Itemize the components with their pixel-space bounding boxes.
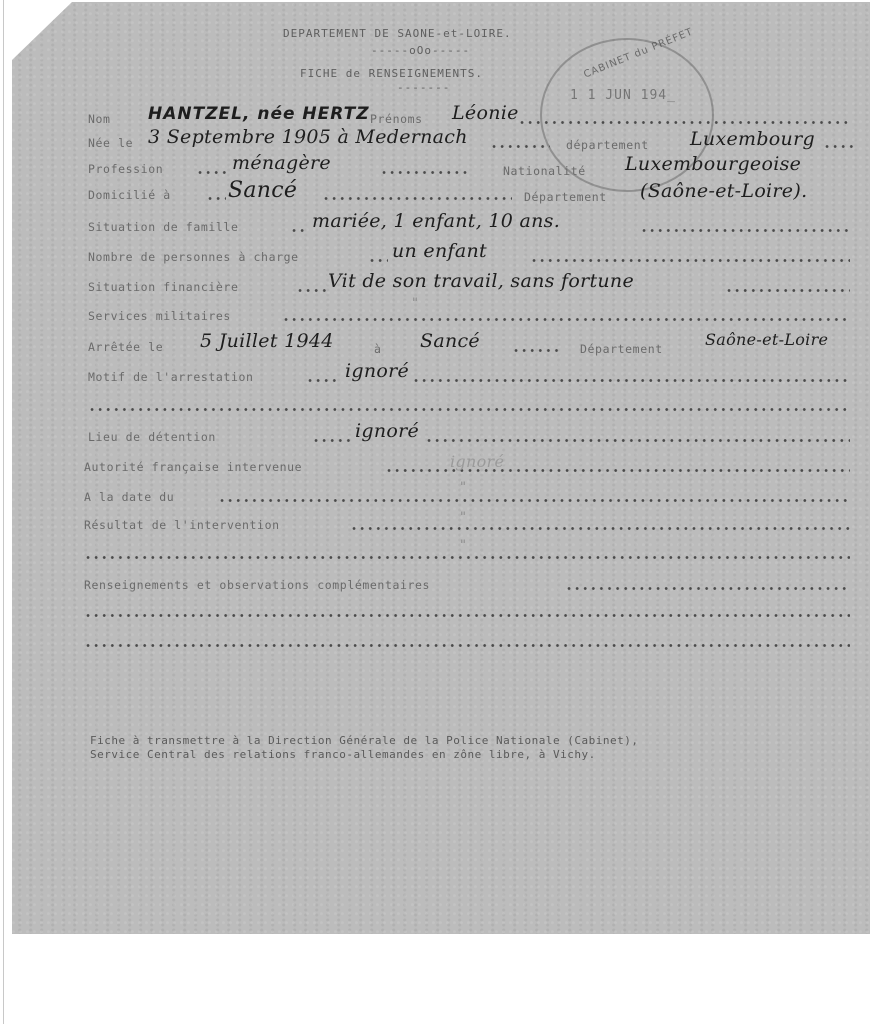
dotted-line bbox=[312, 439, 352, 442]
label-domicile: Domicilié à bbox=[88, 188, 171, 202]
label-motif: Motif de l'arrestation bbox=[88, 370, 254, 384]
label-nee: Née le bbox=[88, 136, 133, 150]
dotted-line bbox=[368, 259, 388, 262]
label-departement-naissance: département bbox=[566, 138, 649, 152]
value-nom: HANTZEL, née HERTZ bbox=[148, 104, 370, 124]
label-situation-famille: Situation de famille bbox=[88, 220, 238, 234]
value-departement-domicile: (Saône-et-Loire). bbox=[640, 180, 807, 202]
label-personnes-charge: Nombre de personnes à charge bbox=[88, 250, 299, 264]
dotted-line bbox=[290, 229, 308, 232]
value-nee: 3 Septembre 1905 à Medernach bbox=[148, 126, 468, 148]
label-renseignements: Renseignements et observations complémen… bbox=[84, 578, 430, 592]
dotted-line bbox=[425, 439, 850, 442]
label-nationalite: Nationalité bbox=[503, 164, 586, 178]
dotted-line bbox=[218, 499, 850, 502]
label-services-militaires: Services militaires bbox=[88, 309, 231, 323]
label-departement-domicile: Département bbox=[524, 190, 607, 204]
dotted-line bbox=[725, 289, 850, 292]
dotted-line bbox=[196, 171, 228, 174]
dotted-line bbox=[88, 408, 850, 411]
dotted-line bbox=[565, 587, 850, 590]
value-autorite: ignoré bbox=[450, 452, 504, 471]
dotted-line bbox=[84, 644, 850, 647]
value-domicile: Sancé bbox=[228, 178, 297, 203]
title-underline: ------- bbox=[397, 81, 450, 94]
dotted-line bbox=[512, 349, 562, 352]
transmission-note-line2: Service Central des relations franco-all… bbox=[90, 748, 638, 762]
dotted-line bbox=[823, 145, 853, 148]
dotted-line bbox=[518, 121, 848, 124]
label-arretee-a: à bbox=[374, 342, 382, 356]
value-profession: ménagère bbox=[232, 152, 331, 174]
transmission-note: Fiche à transmettre à la Direction Génér… bbox=[90, 734, 638, 762]
stamp-date: 1 1 JUN 194_ bbox=[570, 88, 676, 103]
value-arretee-a: Sancé bbox=[420, 330, 480, 352]
dotted-line bbox=[412, 379, 850, 382]
dotted-line bbox=[84, 614, 850, 617]
label-resultat: Résultat de l'intervention bbox=[84, 518, 280, 532]
value-arretee-le: 5 Juillet 1944 bbox=[200, 330, 334, 352]
dotted-line bbox=[322, 197, 512, 200]
value-prenoms: Léonie bbox=[452, 102, 519, 124]
value-resultat-cont: " bbox=[460, 538, 466, 553]
dotted-line bbox=[350, 527, 850, 530]
transmission-note-line1: Fiche à transmettre à la Direction Génér… bbox=[90, 734, 638, 748]
header-separator: -----oOo----- bbox=[371, 44, 470, 57]
value-personnes-charge: un enfant bbox=[392, 240, 487, 262]
value-nationalite: Luxembourgeoise bbox=[625, 153, 801, 175]
form-title: FICHE de RENSEIGNEMENTS. bbox=[300, 67, 483, 80]
dotted-line bbox=[306, 379, 340, 382]
label-autorite: Autorité française intervenue bbox=[84, 460, 302, 474]
dotted-line bbox=[380, 171, 470, 174]
value-motif: ignoré bbox=[345, 360, 409, 382]
dotted-line bbox=[296, 289, 326, 292]
department-heading: DEPARTEMENT DE SAONE-et-LOIRE. bbox=[283, 27, 512, 40]
label-prenoms: Prénoms bbox=[370, 112, 423, 126]
value-situation-financiere: Vit de son travail, sans fortune bbox=[328, 270, 634, 292]
dotted-line bbox=[490, 145, 550, 148]
label-profession: Profession bbox=[88, 162, 163, 176]
dotted-line bbox=[530, 259, 850, 262]
value-resultat: " bbox=[460, 510, 466, 525]
label-arretee-le: Arrêtée le bbox=[88, 340, 163, 354]
label-situation-financiere: Situation financière bbox=[88, 280, 238, 294]
dotted-line bbox=[84, 556, 850, 559]
dotted-line bbox=[206, 197, 226, 200]
label-departement-arrestation: Département bbox=[580, 342, 663, 356]
label-nom: Nom bbox=[88, 112, 111, 126]
dotted-line bbox=[282, 318, 850, 321]
value-date-du: " bbox=[460, 480, 466, 495]
value-situation-famille: mariée, 1 enfant, 10 ans. bbox=[312, 210, 560, 232]
value-services-militaires: " bbox=[412, 296, 418, 311]
label-date-du: A la date du bbox=[84, 490, 174, 504]
dotted-line bbox=[640, 229, 850, 232]
value-departement-naissance: Luxembourg bbox=[690, 128, 815, 150]
label-lieu-detention: Lieu de détention bbox=[88, 430, 216, 444]
value-lieu-detention: ignoré bbox=[355, 420, 419, 442]
value-departement-arrestation: Saône-et-Loire bbox=[705, 330, 828, 349]
scan-edge-line bbox=[3, 0, 4, 1024]
